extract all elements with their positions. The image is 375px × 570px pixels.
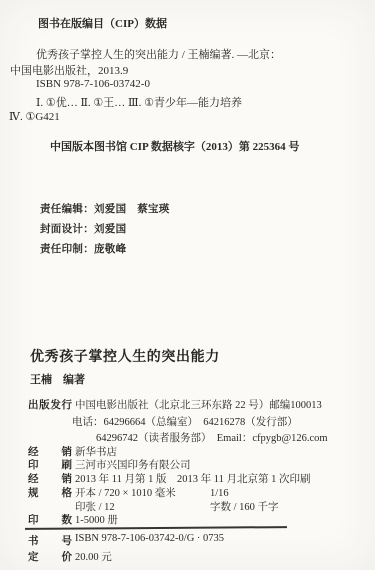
format-fraction: 1/16 <box>210 488 229 499</box>
row-printing-value: 三河市兴国印务有限公司 <box>75 457 191 472</box>
row-print-run-label: 印数 <box>28 512 72 527</box>
credit-cover-design-value: 刘爱国 <box>94 223 126 235</box>
cip-entry-line1: 优秀孩子掌控人生的突出能力 / 王楠编著. —北京： <box>36 46 281 62</box>
cip-class-line1: Ⅰ. ①优… Ⅱ. ①王… Ⅲ. ①青少年—能力培养 <box>36 94 242 110</box>
cip-heading: 图书在版编目（CIP）数据 <box>38 15 167 31</box>
row-printing-label: 印刷 <box>28 457 72 472</box>
divider-rule <box>25 526 287 530</box>
row-price-value: 20.00 元 <box>75 549 112 564</box>
cip-record-line: 中国版本图书馆 CIP 数据核字（2013）第 225364 号 <box>50 138 299 154</box>
copyright-page: 图书在版编目（CIP）数据 优秀孩子掌控人生的突出能力 / 王楠编著. —北京：… <box>0 0 375 570</box>
row-book-number-value: ISBN 978-7-106-03742-0/G · 0735 <box>75 533 224 544</box>
row-publisher-phone-line: 电话：64296664（总编室） 64216278（发行部） <box>72 414 298 429</box>
row-format-label: 规格 <box>28 485 72 500</box>
row-publisher-line1: 中国电影出版社（北京北三环东路 22 号）邮编100013 <box>75 397 322 412</box>
book-title: 优秀孩子掌控人生的突出能力 <box>30 346 220 366</box>
credit-editor-value: 刘爱国 蔡宝瑛 <box>94 203 170 215</box>
row-format-line1: 开本 / 720 × 1010 毫米1/16 <box>75 485 229 500</box>
row-edition-label: 经销 <box>28 471 72 486</box>
row-edition-value: 2013 年 11 月第 1 版 2013 年 11 月北京第 1 次印刷 <box>75 471 310 486</box>
book-author: 王楠 编著 <box>30 371 85 387</box>
cip-entry-line2: 中国电影出版社，2013.9 <box>10 62 128 78</box>
credit-print-supervisor-label: 责任印制： <box>40 243 94 255</box>
cip-isbn-line: ISBN 978-7-106-03742-0 <box>36 78 150 90</box>
row-publisher-service-line: 64296742（读者服务部） Email：cfpygb@126.com <box>96 430 328 445</box>
credit-cover-design-label: 封面设计： <box>40 223 94 235</box>
row-price-label: 定价 <box>28 549 72 564</box>
format-size: 开本 / 720 × 1010 毫米 <box>75 485 210 500</box>
credit-cover-design: 封面设计：刘爱国 <box>40 221 126 236</box>
row-publisher-label: 出版发行 <box>28 397 72 412</box>
cip-class-line2: Ⅳ. ①G421 <box>9 110 60 123</box>
format-wordcount: 字数 / 160 千字 <box>210 502 279 513</box>
credit-print-supervisor: 责任印制：庞敬峰 <box>40 241 126 256</box>
credit-print-supervisor-value: 庞敬峰 <box>94 243 126 255</box>
row-book-number-label: 书号 <box>28 533 72 548</box>
credit-editor-label: 责任编辑： <box>40 203 94 215</box>
credit-editor: 责任编辑：刘爱国 蔡宝瑛 <box>40 201 170 216</box>
row-print-run-value: 1-5000 册 <box>75 512 118 527</box>
